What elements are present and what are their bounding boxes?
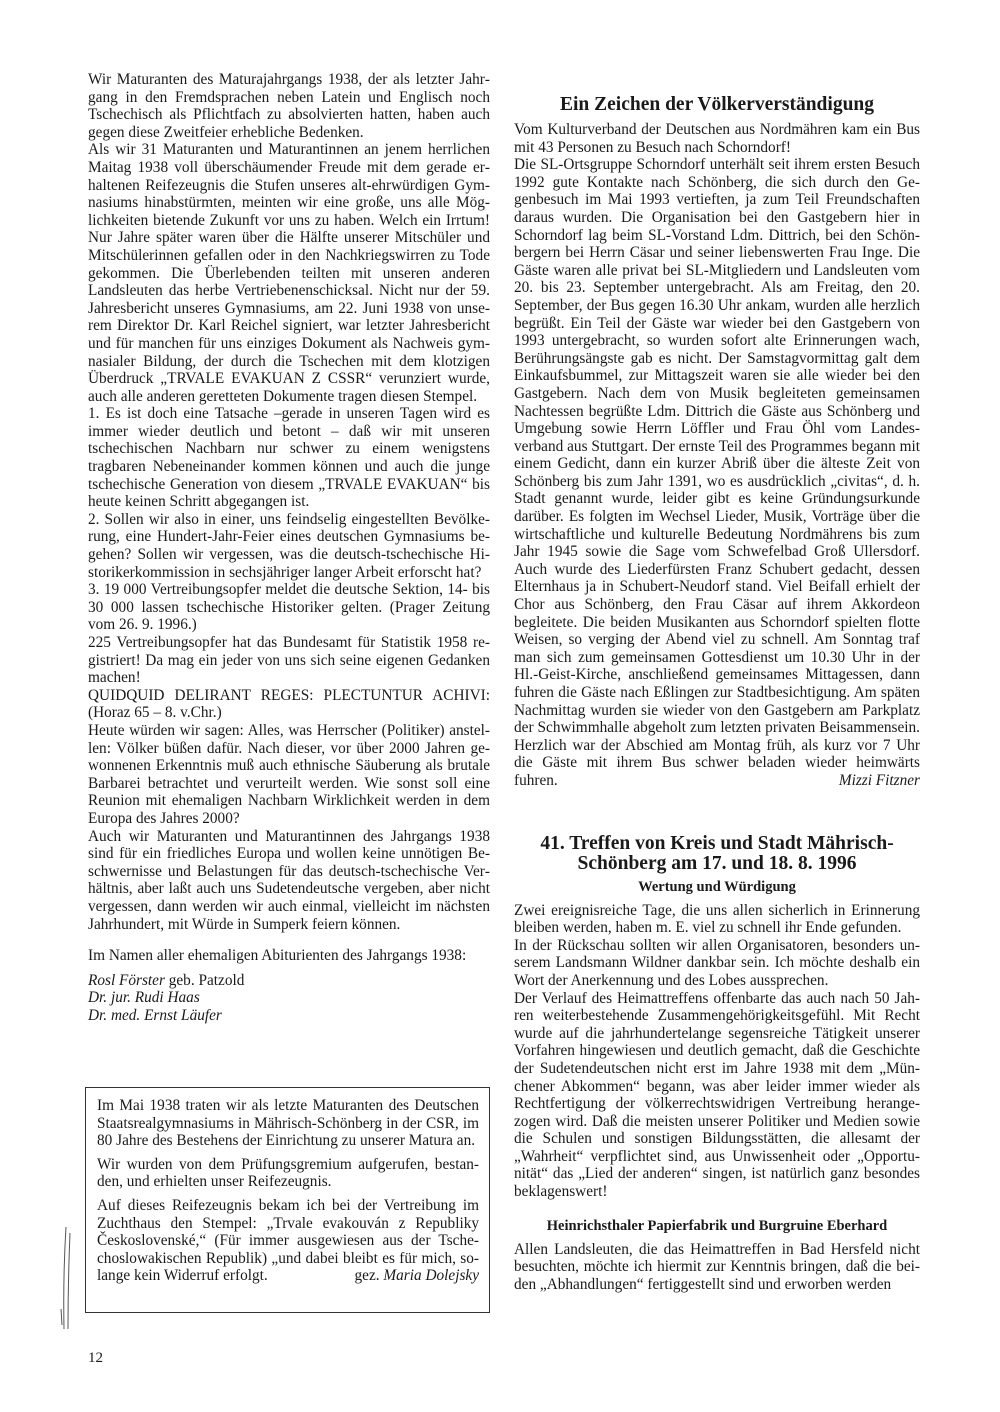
article-title-line: Schönberg am 17. und 18. 8. 1996 xyxy=(514,854,920,874)
article-title: 41. Treffen von Kreis und Stadt Mährisch… xyxy=(514,834,920,874)
paragraph: 225 Vertreibungsopfer hat das Bundesamt … xyxy=(88,634,490,687)
article-title: Ein Zeichen der Völkerverständigung xyxy=(514,95,920,115)
paragraph: Wir wurden von dem Prüfungsgremium aufge… xyxy=(97,1156,479,1191)
article-title: Heinrichsthaler Papierfabrik und Burgrui… xyxy=(514,1217,920,1235)
paragraph: Zwei ereignisreiche Tage, die uns allen … xyxy=(514,902,920,937)
signature-prefix: gez. xyxy=(355,1267,384,1284)
signature-name: Maria Dolejsky xyxy=(383,1267,479,1284)
signatory-name: Rosl Förster xyxy=(88,972,165,989)
paragraph: 3. 19 000 Vertreibungsopfer meldet die d… xyxy=(88,581,490,634)
right-column: Ein Zeichen der Völkerverständigung Vom … xyxy=(514,95,920,1293)
spacer xyxy=(88,933,490,947)
paragraph: Der Verlauf des Heimattreffens offenbart… xyxy=(514,990,920,1201)
paragraph: Im Mai 1938 traten wir als letzte Matura… xyxy=(97,1097,479,1150)
paragraph: 2. Sollen wir also in einer, uns feindse… xyxy=(88,511,490,581)
page-number: 12 xyxy=(88,1350,103,1367)
spacer xyxy=(88,965,490,972)
signatory: Dr. med. Ernst Läufer xyxy=(88,1007,490,1025)
article-subtitle: Wertung und Würdigung xyxy=(514,878,920,896)
closing-line: Im Namen aller ehemaligen Abiturienten d… xyxy=(88,947,490,965)
signatory-name: Dr. jur. Rudi Haas xyxy=(88,989,200,1006)
left-column: Wir Maturanten des Maturajahrgangs 1938,… xyxy=(88,71,490,1024)
spacer xyxy=(514,1201,920,1217)
signature: gez. Maria Dolejsky xyxy=(355,1267,479,1285)
signatory: Rosl Förster geb. Patzold xyxy=(88,972,490,990)
paragraph: Die SL-Ortsgruppe Schorndorf unterhält s… xyxy=(514,156,920,789)
paragraph: 1. Es ist doch eine Tatsache –gerade in … xyxy=(88,405,490,511)
signatory-name: Dr. med. Ernst Läufer xyxy=(88,1007,222,1024)
paragraph: Vom Kulturverband der Deutschen aus Nord… xyxy=(514,121,920,156)
paragraph: Auch wir Maturanten und Maturantinnen de… xyxy=(88,828,490,934)
paragraph: Heute würden wir sagen: Alles, was Herrs… xyxy=(88,722,490,828)
paragraph: In der Rückschau sollten wir allen Organ… xyxy=(514,937,920,990)
signatory-suffix: geb. Patzold xyxy=(165,972,244,989)
paragraph: Als wir 31 Maturanten und Maturantinnen … xyxy=(88,141,490,405)
paragraph: Allen Landsleuten, die das Heimattreffen… xyxy=(514,1241,920,1294)
boxed-note: Im Mai 1938 traten wir als letzte Matura… xyxy=(85,1087,490,1313)
pencil-margin-mark-icon xyxy=(58,1225,72,1333)
paragraph: Wir Maturanten des Maturajahrgangs 1938,… xyxy=(88,71,490,141)
signatory: Dr. jur. Rudi Haas xyxy=(88,989,490,1007)
author-name: Mizzi Fitzner xyxy=(839,772,920,790)
spacer xyxy=(514,790,920,834)
author-line: Mizzi Fitzner xyxy=(514,772,920,790)
paragraph: QUIDQUID DELIRANT REGES: PLECTUNTUR ACHI… xyxy=(88,687,490,722)
article-title-line: 41. Treffen von Kreis und Stadt Mährisch… xyxy=(514,834,920,854)
paragraph: Auf dieses Reifezeugnis bekam ich bei de… xyxy=(97,1197,479,1285)
